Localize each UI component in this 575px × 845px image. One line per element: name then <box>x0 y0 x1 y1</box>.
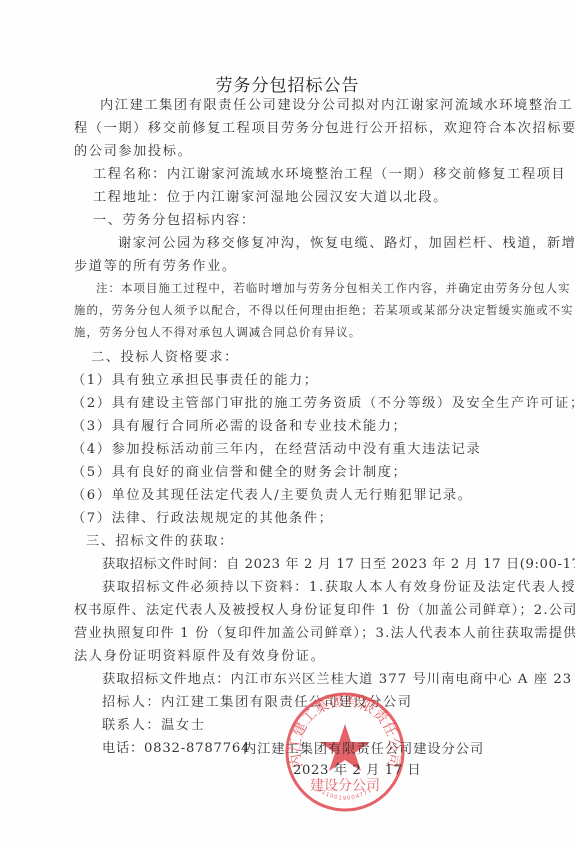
qualification-item-3: （3）具有履行合同所必需的设备和专业技术能力； <box>72 415 407 434</box>
section2-heading: 二、投标人资格要求： <box>91 346 239 365</box>
signature-company: 内江建工集团有限责任公司建设分公司 <box>243 738 484 757</box>
intro-line-2: 程（一期）移交前修复工程项目劳务分包进行公开招标，欢迎符合本次招标要求 <box>74 117 575 136</box>
document-page: 劳务分包招标公告 内江建工集团有限责任公司建设分公司拟对内江谢家河流域水环境整治… <box>0 0 575 845</box>
section1-content-line-1: 谢家河公园为移交修复冲沟，恢复电缆、路灯，加固栏杆、栈道，新增 <box>118 232 575 251</box>
section1-content-line-2: 步道等的所有劳务作业。 <box>74 255 237 274</box>
intro-line-1: 内江建工集团有限责任公司建设分公司拟对内江谢家河流域水环境整治工 <box>100 94 573 113</box>
note-line-1: 注：本项目施工过程中，若临时增加与劳务分包相关工作内容，并确定由劳务分包人实 <box>96 280 571 296</box>
materials-line-2: 权书原件、法定代表人及被授权人身份证复印件 1 份（加盖公司鲜章）；2.公司 <box>74 599 575 618</box>
materials-line-3: 营业执照复印件 1 份（复印件加盖公司鲜章）；3.法人代表本人前往获取需提供 <box>74 622 575 641</box>
section3-heading: 三、招标文件的获取： <box>86 530 234 549</box>
qualification-item-1: （1）具有独立承担民事责任的能力； <box>72 369 319 388</box>
acquisition-location: 获取招标文件地点：内江市东兴区兰桂大道 377 号川南电商中心 A 座 23 楼 <box>102 668 575 687</box>
note-line-2: 施的，劳务分包人须予以配合，不得以任何理由拒绝；若某项或某部分决定暂缓实施或不实 <box>74 302 574 318</box>
qualification-item-7: （7）法律、行政法规规定的其他条件； <box>72 507 333 526</box>
qualification-item-4: （4）参加投标活动前三年内，在经营活动中没有重大违法记录 <box>72 438 481 457</box>
document-title: 劳务分包招标公告 <box>0 71 575 96</box>
note-line-3: 施，劳务分包人不得对承包人调减合同总价有异议。 <box>74 324 361 340</box>
contact-person: 联系人：温女士 <box>102 714 206 733</box>
section1-heading: 一、劳务分包招标内容： <box>93 209 256 228</box>
phone: 电话：0832-8787764 <box>102 737 250 756</box>
qualification-item-5: （5）具有良好的商业信誉和健全的财务会计制度； <box>72 461 407 480</box>
materials-line-1: 获取招标文件必须持以下资料：1.获取人本人有效身份证及法定代表人授 <box>102 576 575 595</box>
qualification-item-6: （6）单位及其现任法定代表人/主要负责人无行贿犯罪记录。 <box>72 484 473 503</box>
acquisition-time: 获取招标文件时间：自 2023 年 2 月 17 日至 2023 年 2 月 1… <box>102 553 575 572</box>
materials-line-4: 法人身份证明资料原件及有效身份证。 <box>74 645 325 664</box>
project-address: 工程地址：位于内江谢家河湿地公园汉安大道以北段。 <box>93 186 448 205</box>
intro-line-3: 的公司参加投标。 <box>74 140 192 159</box>
project-name: 工程名称：内江谢家河流域水环境整治工程（一期）移交前修复工程项目 <box>93 163 566 182</box>
qualification-item-2: （2）具有建设主管部门审批的施工劳务资质（不分等级）及安全生产许可证； <box>72 392 575 411</box>
signature-date: 2023 年 2 月 17 日 <box>293 759 421 778</box>
